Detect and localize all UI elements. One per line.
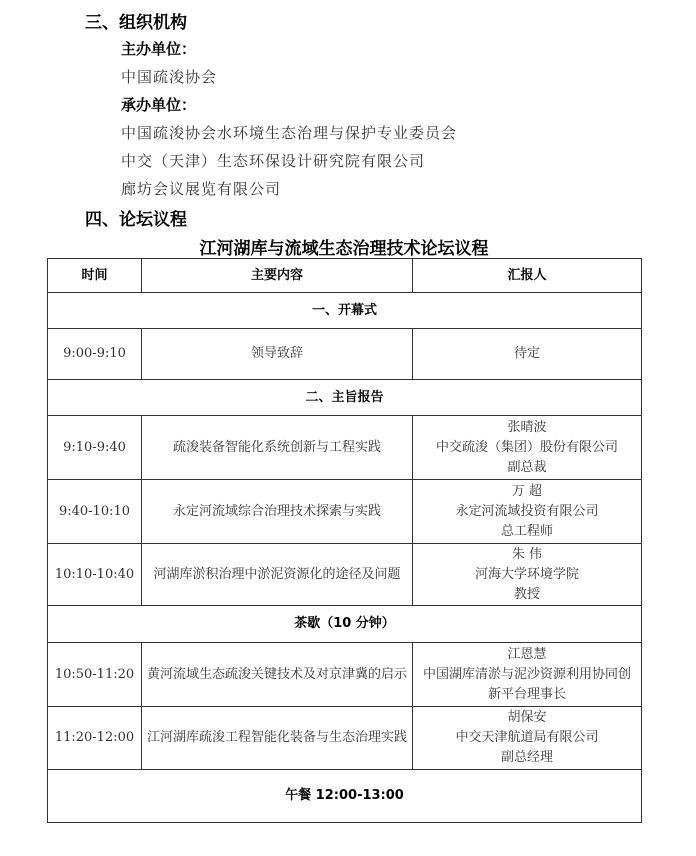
organizer-2: 中交（天津）生态环保设计研究院有限公司: [121, 150, 425, 171]
presenter-org: 中国湖库清淤与泥沙资源利用协同创新平台理事长: [417, 665, 637, 705]
presenter-cell: 张晴波 中交疏浚（集团）股份有限公司 副总裁: [413, 416, 642, 480]
header-time: 时间: [48, 259, 142, 293]
time-cell: 9:40-10:10: [48, 480, 142, 544]
time-cell: 10:50-11:20: [48, 643, 142, 707]
lunch: 午餐 12:00-13:00: [48, 770, 642, 823]
content-cell: 江河湖库疏浚工程智能化装备与生态治理实践: [142, 707, 413, 770]
section-opening: 一、开幕式: [48, 293, 642, 329]
section-row-opening: 一、开幕式: [48, 293, 642, 329]
section-heading-org: 三、组织机构: [85, 8, 187, 33]
time-cell: 10:10-10:40: [48, 544, 142, 606]
organizer-3: 廊坊会议展览有限公司: [121, 178, 281, 199]
table-row: 9:40-10:10 永定河流域综合治理技术探索与实践 万 超 永定河流域投资有…: [48, 480, 642, 544]
section-keynote: 二、主旨报告: [48, 380, 642, 416]
host-label: 主办单位：: [121, 38, 196, 59]
agenda-table: 时间 主要内容 汇报人 一、开幕式 9:00-9:10 领导致辞 待定 二、主旨…: [47, 258, 642, 823]
section-row-keynote: 二、主旨报告: [48, 380, 642, 416]
presenter-cell: 万 超 永定河流域投资有限公司 总工程师: [413, 480, 642, 544]
tea-break: 茶歇（10 分钟）: [48, 606, 642, 643]
presenter-name: 张晴波: [417, 418, 637, 438]
content-cell: 永定河流域综合治理技术探索与实践: [142, 480, 413, 544]
time-cell: 9:10-9:40: [48, 416, 142, 480]
presenter-name: 待定: [417, 344, 637, 364]
presenter-cell: 江恩慧 中国湖库清淤与泥沙资源利用协同创新平台理事长: [413, 643, 642, 707]
table-row: 9:10-9:40 疏浚装备智能化系统创新与工程实践 张晴波 中交疏浚（集团）股…: [48, 416, 642, 480]
table-header-row: 时间 主要内容 汇报人: [48, 259, 642, 293]
content-cell: 疏浚装备智能化系统创新与工程实践: [142, 416, 413, 480]
organizer-label: 承办单位：: [121, 94, 196, 115]
host-name: 中国疏浚协会: [121, 66, 217, 87]
presenter-title: 总工程师: [417, 522, 637, 542]
presenter-org: 河海大学环境学院: [417, 565, 637, 585]
presenter-name: 朱 伟: [417, 545, 637, 565]
presenter-title: 副总经理: [417, 748, 637, 768]
presenter-org: 永定河流域投资有限公司: [417, 502, 637, 522]
header-content: 主要内容: [142, 259, 413, 293]
content-cell: 黄河流域生态疏浚关键技术及对京津冀的启示: [142, 643, 413, 707]
content-cell: 河湖库淤积治理中淤泥资源化的途径及问题: [142, 544, 413, 606]
presenter-name: 万 超: [417, 482, 637, 502]
lunch-row: 午餐 12:00-13:00: [48, 770, 642, 823]
presenter-title: 教授: [417, 585, 637, 605]
organizer-1: 中国疏浚协会水环境生态治理与保护专业委员会: [121, 122, 457, 143]
table-row: 9:00-9:10 领导致辞 待定: [48, 329, 642, 380]
presenter-cell: 胡保安 中交天津航道局有限公司 副总经理: [413, 707, 642, 770]
section-heading-agenda: 四、论坛议程: [85, 205, 187, 230]
presenter-title: 副总裁: [417, 458, 637, 478]
table-row: 11:20-12:00 江河湖库疏浚工程智能化装备与生态治理实践 胡保安 中交天…: [48, 707, 642, 770]
presenter-name: 江恩慧: [417, 645, 637, 665]
header-presenter: 汇报人: [413, 259, 642, 293]
break-row: 茶歇（10 分钟）: [48, 606, 642, 643]
time-cell: 11:20-12:00: [48, 707, 142, 770]
presenter-org: 中交疏浚（集团）股份有限公司: [417, 438, 637, 458]
time-cell: 9:00-9:10: [48, 329, 142, 380]
presenter-org: 中交天津航道局有限公司: [417, 728, 637, 748]
table-row: 10:10-10:40 河湖库淤积治理中淤泥资源化的途径及问题 朱 伟 河海大学…: [48, 544, 642, 606]
content-cell: 领导致辞: [142, 329, 413, 380]
presenter-cell: 朱 伟 河海大学环境学院 教授: [413, 544, 642, 606]
table-row: 10:50-11:20 黄河流域生态疏浚关键技术及对京津冀的启示 江恩慧 中国湖…: [48, 643, 642, 707]
presenter-name: 胡保安: [417, 708, 637, 728]
presenter-cell: 待定: [413, 329, 642, 380]
agenda-title: 江河湖库与流域生态治理技术论坛议程: [47, 234, 641, 259]
